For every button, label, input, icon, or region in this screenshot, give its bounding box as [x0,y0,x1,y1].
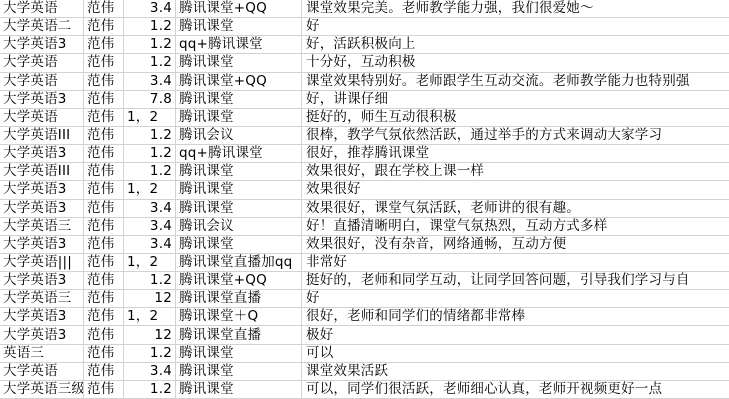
feedback-cell[interactable]: 可以 [302,345,729,362]
feedback-cell[interactable]: 非常好 [302,254,729,271]
feedback-cell[interactable]: 效果很好，跟在学校上课一样 [302,163,729,180]
sessions-cell[interactable]: 12 [124,326,176,343]
platform-cell[interactable]: 腾讯课堂 [176,381,302,398]
sessions-cell[interactable]: 1.2 [124,381,176,398]
platform-cell[interactable]: 腾讯课堂 [176,91,302,108]
course-cell[interactable]: 大学英语III [0,127,84,144]
feedback-cell[interactable]: 挺好的，老师和同学互动，让同学回答问题，引导我们学习与自 [302,272,729,289]
table-row: 大学英语范伟3.4腾讯课堂课堂效果活跃 [0,363,729,381]
platform-cell[interactable]: 腾讯会议 [176,127,302,144]
teacher-cell[interactable]: 范伟 [84,91,124,108]
platform-cell[interactable]: 腾讯课堂 [176,181,302,198]
platform-cell[interactable]: 腾讯课堂 [176,18,302,35]
teacher-cell[interactable]: 范伟 [84,0,124,17]
sessions-cell[interactable]: 1，2 [124,308,176,325]
course-cell[interactable]: 大学英语三级 [0,381,84,398]
course-cell[interactable]: 大学英语三 [0,290,84,307]
feedback-cell[interactable]: 极好 [302,326,729,343]
platform-cell[interactable]: 腾讯课堂 [176,236,302,253]
platform-cell[interactable]: 腾讯课堂直播 [176,290,302,307]
sessions-cell[interactable]: 3.4 [124,363,176,380]
table-row: 大学英语3范伟1.2qq+腾讯课堂很好，推荐腾讯课堂 [0,145,729,163]
teacher-cell[interactable]: 范伟 [84,236,124,253]
sessions-cell[interactable]: 3.4 [124,200,176,217]
table-row: 大学英语|||范伟1，2腾讯课堂直播加qq非常好 [0,254,729,272]
feedback-cell[interactable]: 课堂效果活跃 [302,363,729,380]
platform-cell[interactable]: 腾讯课堂+QQ [176,0,302,17]
teacher-cell[interactable]: 范伟 [84,36,124,53]
teacher-cell[interactable]: 范伟 [84,109,124,126]
sessions-cell[interactable]: 12 [124,290,176,307]
course-cell[interactable]: 大学英语3 [0,308,84,325]
course-cell[interactable]: 大学英语 [0,109,84,126]
feedback-cell[interactable]: 很棒，教学气氛依然活跃，通过举手的方式来调动大家学习 [302,127,729,144]
course-cell[interactable]: 大学英语三 [0,218,84,235]
feedback-cell[interactable]: 好 [302,18,729,35]
table-row: 大学英语二范伟1.2腾讯课堂好 [0,18,729,36]
platform-cell[interactable]: 腾讯会议 [176,218,302,235]
sessions-cell[interactable]: 1.2 [124,127,176,144]
sessions-cell[interactable]: 1.2 [124,145,176,162]
platform-cell[interactable]: 腾讯课堂+QQ [176,73,302,90]
feedback-cell[interactable]: 十分好，互动积极 [302,54,729,71]
course-cell[interactable]: 大学英语3 [0,272,84,289]
course-cell[interactable]: 大学英语二 [0,18,84,35]
teacher-cell[interactable]: 范伟 [84,218,124,235]
platform-cell[interactable]: 腾讯课堂直播加qq [176,254,302,271]
teacher-cell[interactable]: 范伟 [84,290,124,307]
feedback-cell[interactable]: 好，讲课仔细 [302,91,729,108]
table-row: 大学英语3范伟3.4腾讯课堂效果很好，没有杂音，网络通畅，互动方便 [0,236,729,254]
teacher-cell[interactable]: 范伟 [84,54,124,71]
sessions-cell[interactable]: 3.4 [124,73,176,90]
table-row: 大学英语3范伟7.8腾讯课堂好，讲课仔细 [0,91,729,109]
sessions-cell[interactable]: 1，2 [124,254,176,271]
platform-cell[interactable]: 腾讯课堂直播 [176,326,302,343]
teacher-cell[interactable]: 范伟 [84,363,124,380]
sessions-cell[interactable]: 3.4 [124,236,176,253]
sessions-cell[interactable]: 1，2 [124,109,176,126]
table-row: 大学英语范伟3.4腾讯课堂+QQ课堂效果完美。老师教学能力强，我们很爱她～ [0,0,729,18]
teacher-cell[interactable]: 范伟 [84,127,124,144]
feedback-cell[interactable]: 好！直播清晰明白，课堂气氛热烈，互动方式多样 [302,218,729,235]
course-cell[interactable]: 大学英语III [0,163,84,180]
teacher-cell[interactable]: 范伟 [84,18,124,35]
sessions-cell[interactable]: 1.2 [124,163,176,180]
teacher-cell[interactable]: 范伟 [84,163,124,180]
table-row: 大学英语范伟1.2腾讯课堂十分好，互动积极 [0,54,729,72]
course-cell[interactable]: 英语三 [0,345,84,362]
platform-cell[interactable]: 腾讯课堂 [176,363,302,380]
platform-cell[interactable]: 腾讯课堂 [176,345,302,362]
sessions-cell[interactable]: 1.2 [124,345,176,362]
feedback-cell[interactable]: 挺好的，师生互动很积极 [302,109,729,126]
course-cell[interactable]: 大学英语3 [0,200,84,217]
course-cell[interactable]: 大学英语3 [0,326,84,343]
table-row: 大学英语III范伟1.2腾讯课堂效果很好，跟在学校上课一样 [0,163,729,181]
feedback-cell[interactable]: 好，活跃积极向上 [302,36,729,53]
feedback-cell[interactable]: 效果很好，课堂气氛活跃，老师讲的很有趣。 [302,200,729,217]
teacher-cell[interactable]: 范伟 [84,73,124,90]
teacher-cell[interactable]: 范伟 [84,326,124,343]
course-cell[interactable]: 大学英语 [0,0,84,17]
table-row: 大学英语3范伟3.4腾讯课堂效果很好，课堂气氛活跃，老师讲的很有趣。 [0,200,729,218]
table-row: 大学英语3范伟12腾讯课堂直播极好 [0,326,729,344]
platform-cell[interactable]: 腾讯课堂 [176,54,302,71]
teacher-cell[interactable]: 范伟 [84,308,124,325]
course-cell[interactable]: 大学英语||| [0,254,84,271]
feedback-cell[interactable]: 很好，推荐腾讯课堂 [302,145,729,162]
platform-cell[interactable]: 腾讯课堂 [176,163,302,180]
sessions-cell[interactable]: 3.4 [124,218,176,235]
table-row: 大学英语三范伟3.4腾讯会议好！直播清晰明白，课堂气氛热烈，互动方式多样 [0,218,729,236]
table-row: 大学英语三级范伟1.2腾讯课堂可以，同学们很活跃，老师细心认真，老师开视频更好一… [0,381,729,399]
platform-cell[interactable]: qq+腾讯课堂 [176,36,302,53]
spreadsheet-table: 大学英语范伟3.4腾讯课堂+QQ课堂效果完美。老师教学能力强，我们很爱她～大学英… [0,0,729,399]
sessions-cell[interactable]: 1.2 [124,272,176,289]
feedback-cell[interactable]: 好 [302,290,729,307]
feedback-cell[interactable]: 可以，同学们很活跃，老师细心认真，老师开视频更好一点 [302,381,729,398]
sessions-cell[interactable]: 1.2 [124,54,176,71]
table-row: 大学英语III范伟1.2腾讯会议很棒，教学气氛依然活跃，通过举手的方式来调动大家… [0,127,729,145]
table-row: 大学英语范伟1，2腾讯课堂挺好的，师生互动很积极 [0,109,729,127]
feedback-cell[interactable]: 效果很好，没有杂音，网络通畅，互动方便 [302,236,729,253]
table-row: 大学英语3范伟1.2qq+腾讯课堂好，活跃积极向上 [0,36,729,54]
course-cell[interactable]: 大学英语3 [0,145,84,162]
teacher-cell[interactable]: 范伟 [84,254,124,271]
platform-cell[interactable]: 腾讯课堂＋Q [176,308,302,325]
teacher-cell[interactable]: 范伟 [84,145,124,162]
course-cell[interactable]: 大学英语 [0,73,84,90]
feedback-cell[interactable]: 课堂效果特别好。老师跟学生互动交流。老师教学能力也特别强 [302,73,729,90]
table-row: 大学英语范伟3.4腾讯课堂+QQ课堂效果特别好。老师跟学生互动交流。老师教学能力… [0,73,729,91]
sessions-cell[interactable]: 1，2 [124,181,176,198]
course-cell[interactable]: 大学英语3 [0,181,84,198]
course-cell[interactable]: 大学英语 [0,363,84,380]
table-row: 大学英语3范伟1，2腾讯课堂＋Q很好，老师和同学们的情绪都非常棒 [0,308,729,326]
course-cell[interactable]: 大学英语 [0,54,84,71]
course-cell[interactable]: 大学英语3 [0,91,84,108]
feedback-cell[interactable]: 很好，老师和同学们的情绪都非常棒 [302,308,729,325]
table-row: 英语三范伟1.2腾讯课堂可以 [0,345,729,363]
teacher-cell[interactable]: 范伟 [84,200,124,217]
table-row: 大学英语3范伟1，2腾讯课堂效果很好 [0,181,729,199]
platform-cell[interactable]: 腾讯课堂 [176,200,302,217]
platform-cell[interactable]: qq+腾讯课堂 [176,145,302,162]
teacher-cell[interactable]: 范伟 [84,381,124,398]
teacher-cell[interactable]: 范伟 [84,181,124,198]
platform-cell[interactable]: 腾讯课堂+QQ [176,272,302,289]
table-row: 大学英语三范伟12腾讯课堂直播好 [0,290,729,308]
teacher-cell[interactable]: 范伟 [84,272,124,289]
course-cell[interactable]: 大学英语3 [0,36,84,53]
sessions-cell[interactable]: 7.8 [124,91,176,108]
sessions-cell[interactable]: 1.2 [124,18,176,35]
course-cell[interactable]: 大学英语3 [0,236,84,253]
table-row: 大学英语3范伟1.2腾讯课堂+QQ挺好的，老师和同学互动，让同学回答问题，引导我… [0,272,729,290]
feedback-cell[interactable]: 效果很好 [302,181,729,198]
sessions-cell[interactable]: 1.2 [124,36,176,53]
platform-cell[interactable]: 腾讯课堂 [176,109,302,126]
sessions-cell[interactable]: 3.4 [124,0,176,17]
teacher-cell[interactable]: 范伟 [84,345,124,362]
feedback-cell[interactable]: 课堂效果完美。老师教学能力强，我们很爱她～ [302,0,729,17]
